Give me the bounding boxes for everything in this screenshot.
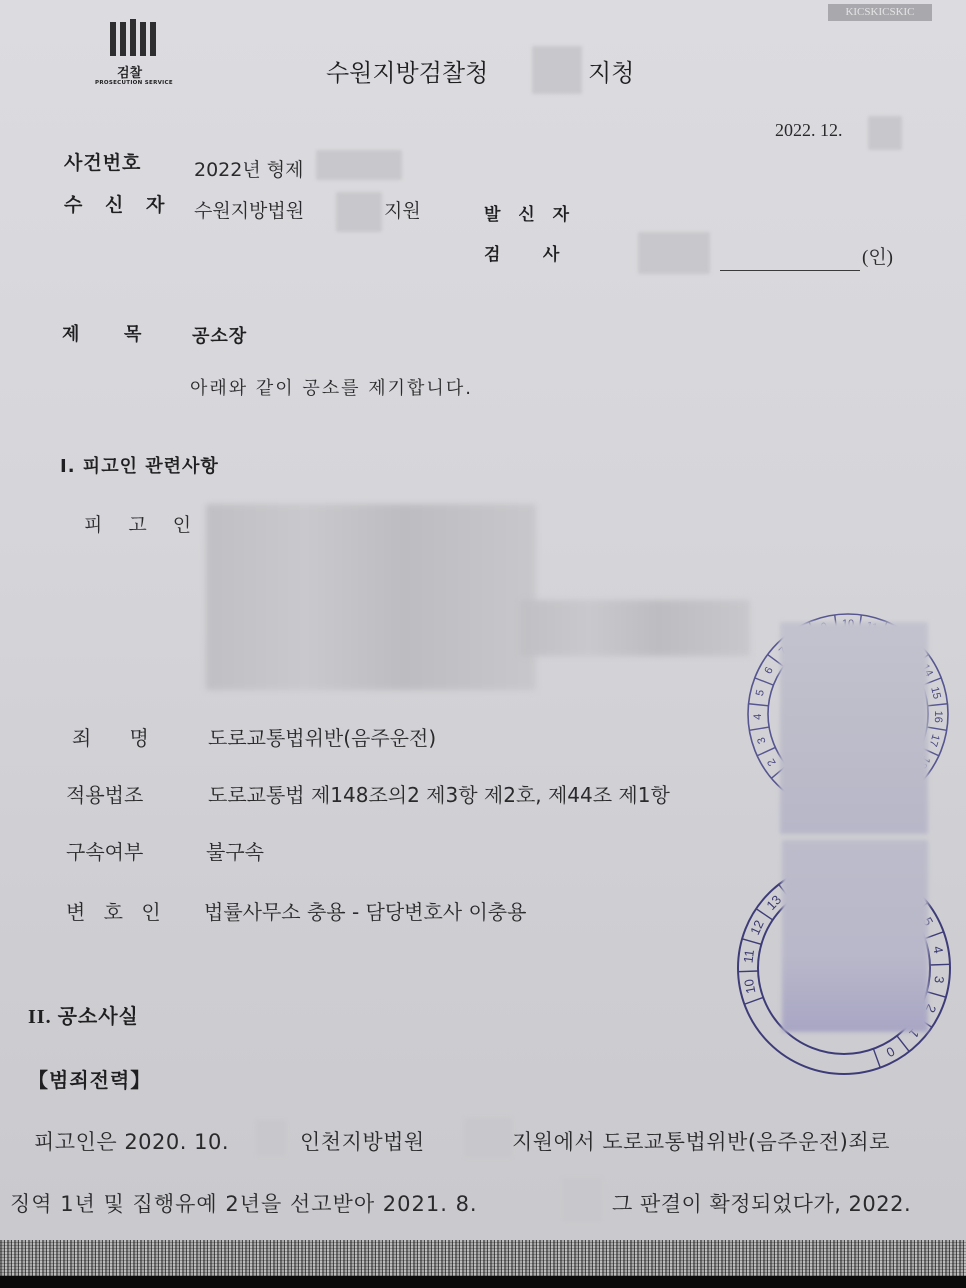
svg-text:3: 3 (931, 975, 947, 984)
svg-text:2: 2 (765, 756, 778, 768)
redacted-day-2 (562, 1178, 602, 1222)
attorney-value: 법률사무소 충용 - 담당변호사 이충용 (204, 896, 526, 925)
redacted-day-1 (256, 1120, 286, 1156)
svg-text:5: 5 (754, 689, 767, 698)
scan-edge-noise (0, 1240, 966, 1276)
logo-english: PROSECUTION SERVICE (95, 80, 173, 86)
svg-text:0: 0 (884, 1044, 898, 1061)
scan-edge-border (0, 1276, 966, 1288)
redacted-stamp-bottom (782, 840, 928, 1032)
defendant-label: 피 고 인 (84, 510, 201, 537)
body-line2-part2: 그 판결이 확정되었다가, 2022. (612, 1188, 911, 1218)
section2-subheading: 【범죄전력】 (28, 1064, 151, 1093)
prosecutor-label: 검 사 (484, 240, 560, 265)
detention-value: 불구속 (206, 836, 264, 865)
document-title: 수원지방검찰청 (326, 53, 488, 88)
redacted-case-number (316, 150, 402, 180)
subject-value: 공소장 (192, 322, 247, 348)
body-line1-part1: 피고인은 2020. 10. (34, 1126, 229, 1156)
subject-label: 제 목 (62, 320, 142, 346)
charge-value: 도로교통법위반(음주운전) (208, 722, 436, 751)
redacted-defendant-info (206, 504, 536, 690)
case-number-label: 사건번호 (64, 148, 141, 175)
document-date: 2022. 12. (775, 120, 843, 141)
redacted-court-2 (464, 1118, 512, 1158)
redacted-defendant-address (520, 600, 750, 656)
redacted-branch (532, 46, 582, 94)
svg-text:6: 6 (762, 665, 775, 676)
charge-label: 죄 명 (72, 722, 149, 751)
redacted-day (868, 116, 902, 150)
svg-text:4: 4 (752, 714, 764, 720)
case-number-value: 2022년 형제 (194, 155, 303, 182)
intro-text: 아래와 같이 공소를 제기합니다. (190, 374, 473, 400)
svg-text:15: 15 (928, 686, 943, 701)
svg-text:3: 3 (755, 736, 768, 745)
redacted-stamp-top (780, 622, 928, 834)
recipient-value-suffix: 지원 (384, 196, 421, 223)
section1-heading: I. 피고인 관련사항 (60, 452, 219, 478)
kics-watermark: KICSKICSKIC (828, 4, 932, 21)
redacted-prosecutor-name (638, 232, 710, 274)
attorney-label: 변 호 인 (66, 896, 167, 925)
detention-label: 구속여부 (66, 836, 143, 865)
recipient-value: 수원지방법원 (194, 196, 304, 223)
redacted-court-branch (336, 192, 382, 232)
sender-label: 발 신 자 (484, 200, 575, 225)
body-line2-part1: 징역 1년 및 집행유예 2년을 선고받아 2021. 8. (10, 1188, 478, 1218)
body-line1-part2: 인천지방법원 (300, 1126, 425, 1156)
section2-heading: II. 공소사실 (28, 1000, 139, 1029)
applicable-law-value: 도로교통법 제148조의2 제3항 제2호, 제44조 제1항 (208, 779, 670, 808)
body-line1-part3: 지원에서 도로교통법위반(음주운전)죄로 (512, 1126, 890, 1156)
svg-text:10: 10 (741, 978, 758, 995)
prosecution-emblem-icon (110, 22, 156, 56)
document-title-suffix: 지청 (588, 53, 634, 88)
applicable-law-label: 적용법조 (66, 779, 143, 808)
seal-label: (인) (862, 242, 893, 269)
svg-text:4: 4 (930, 945, 946, 955)
svg-text:11: 11 (740, 949, 757, 964)
logo-korean: 검찰 (117, 62, 142, 81)
svg-text:17: 17 (927, 733, 942, 748)
svg-text:16: 16 (932, 710, 944, 723)
signature-line (720, 270, 860, 271)
recipient-label: 수 신 자 (64, 190, 172, 217)
